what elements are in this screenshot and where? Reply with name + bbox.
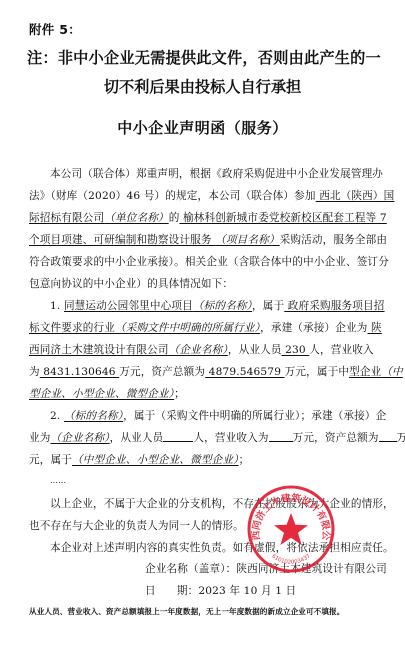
item1-line4: 为 8431.130646 万元，资产总额为 4879.546579 万元，属于… xyxy=(29,365,403,379)
item1-company-part1: 陕 xyxy=(368,322,382,334)
company-name: 陕西同济土木建筑设计有限公司 xyxy=(236,563,386,575)
item2-size-hint: （中型企业、小型企业、微型企业） xyxy=(72,454,239,466)
item2-revenue-blank xyxy=(269,431,293,442)
notice-line-1: 注：非中小企业无需提供此文件，否则由此产生的一 xyxy=(27,47,381,68)
item1-end: ； xyxy=(174,388,185,400)
item1-industry-cont: 标文件要求的行业 xyxy=(29,322,115,334)
item1-assets: 4879.546579 xyxy=(205,366,284,378)
item1-size-hint-a: （中 xyxy=(381,366,403,378)
item2-line1: 2. （标的名称），属于（采购文件中明确的所属行业）；承建（承接）企 xyxy=(50,409,386,423)
para2-line1: 以上企业，不属于大企业的分支机构，不存在控股股东为大企业的情形， xyxy=(50,497,394,511)
item1-line2: 标文件要求的行业（采购文件中明确的所属行业），承建（承接）企业为 陕 xyxy=(29,321,382,335)
item1-employees-label: ，从业人员 xyxy=(228,344,282,356)
para1-connector: 的 xyxy=(169,212,180,224)
item2-assets-blank xyxy=(379,431,397,442)
item2-line2: 业为（企业名称），从业人员人，营业收入为万元，资产总额为万 xyxy=(29,431,405,445)
item2-employees-blank xyxy=(163,431,193,442)
item2-number: 2. xyxy=(50,410,64,422)
item1-revenue-unit: 万元，资产总额为 xyxy=(119,366,205,378)
document-title: 中小企业声明函（服务） xyxy=(0,117,405,138)
item1-revenue-label: 为 xyxy=(29,366,40,378)
para1-line2-text: 法》（财库（2020）46 号）的规定，本公司（联合体）参加 xyxy=(29,190,316,202)
item1-number: 1. xyxy=(50,300,64,312)
item2-revenue-unit: 万元，资产总额为 xyxy=(293,432,379,444)
item1-assets-unit: 万元，属于中 xyxy=(285,366,349,378)
attachment-label: 附件 5： xyxy=(29,20,81,38)
item2-assets-unit: 万 xyxy=(397,432,405,444)
footnote: 从业人员、营业收入、资产总额填报上一年度数据，无上一年度数据的新成立企业可不填报… xyxy=(29,606,344,617)
para1-line5: 符合政策要求的中小企业承接）。相关企业（含联合体中的中小企业、签订分 xyxy=(29,255,389,269)
item1-size-type: 型企业 xyxy=(349,366,381,378)
agency-name-part1: 西北（陕西）国 xyxy=(316,190,395,202)
item1-size-hint-b: 型企业、小型企业、微型企业） xyxy=(29,388,174,400)
signature-date: 日 期：2023 年 10 月 1 日 xyxy=(145,584,296,598)
item2-end: ； xyxy=(239,454,250,466)
item2-size-label: 元，属于 xyxy=(29,454,72,466)
item1-company-part2: 西同济土木建筑设计有限公司 xyxy=(29,344,169,356)
item1-subject-name: 同慧运动公园邻里中心项目 xyxy=(64,300,193,312)
item1-belongs: ，属于 xyxy=(252,300,284,312)
para1-line4-suffix: 采购活动，服务全部由 xyxy=(280,234,387,246)
item2-line3: 元，属于（中型企业、小型企业、微型企业）； xyxy=(29,453,249,467)
item1-contractor-label: ，承建（承接）企业为 xyxy=(260,322,367,334)
item1-subject-hint: （标的名称） xyxy=(193,300,252,312)
para2-line2: 也不存在与大企业的负责人为同一人的情形。 xyxy=(29,519,244,533)
para1-line2: 法》（财库（2020）46 号）的规定，本公司（联合体）参加 西北（陕西）国 xyxy=(29,189,394,203)
ellipsis: …… xyxy=(50,474,66,488)
signature-company: 企业名称（盖章）：陕西同济土木建筑设计有限公司 xyxy=(145,562,387,576)
item2-line1-rest: ，属于（采购文件中明确的所属行业）；承建（承接）企 xyxy=(123,410,386,422)
item1-revenue: 8431.130646 xyxy=(40,366,119,378)
item1-line1: 1. 同慧运动公园邻里中心项目（标的名称），属于 政府采购服务项目招 xyxy=(50,299,385,313)
item1-employees: 230 xyxy=(282,344,310,356)
item1-industry-hint: （采购文件中明确的所属行业） xyxy=(115,322,260,334)
date-label: 日 期： xyxy=(145,585,198,597)
item1-line5: 型企业、小型企业、微型企业）； xyxy=(29,387,185,401)
item2-company-label: 业为 xyxy=(29,432,51,444)
para3: 本企业对上述声明内容的真实性负责。如有虚假，将依法承担相应责任。 xyxy=(50,541,394,555)
item2-subject-hint: （标的名称） xyxy=(64,410,123,422)
para1-line1: 本公司（联合体）郑重声明，根据《政府采购促进中小企业发展管理办 xyxy=(50,167,383,181)
notice-line-2: 切不利后果由投标人自行承担 xyxy=(0,76,405,97)
para1-line4: 个项目项建、可研编制和勘察设计服务 （项目名称）采购活动，服务全部由 xyxy=(29,233,387,247)
company-label: 企业名称（盖章）： xyxy=(145,563,236,575)
project-name-part1: 榆林科创新城市委党校新校区配套工程等 7 xyxy=(179,212,386,224)
item1-line3: 西同济土木建筑设计有限公司（企业名称），从业人员 230 人，营业收入 xyxy=(29,343,374,357)
item2-employees-unit: 人，营业收入为 xyxy=(193,432,268,444)
svg-text:陕西同济土木建筑设计有限公司: 陕西同济土木建筑设计有限公司 xyxy=(246,483,332,541)
unit-name-hint: （单位名称） xyxy=(104,212,168,224)
item1-company-hint: （企业名称） xyxy=(169,344,228,356)
item2-employees-label: ，从业人员 xyxy=(110,432,164,444)
project-name-part2: 个项目项建、可研编制和勘察设计服务 xyxy=(29,234,215,246)
para1-line6: 包意向协议的中小企业）的具体情况如下： xyxy=(29,277,233,291)
agency-name-part2: 际招标有限公司 xyxy=(29,212,104,224)
date-value: 2023 年 10 月 1 日 xyxy=(198,585,296,597)
item1-employees-unit: 人，营业收入 xyxy=(309,344,373,356)
project-name-hint: （项目名称） xyxy=(215,234,279,246)
item1-industry: 政府采购服务项目招 xyxy=(284,300,384,312)
para1-line3: 际招标有限公司（单位名称）的 榆林科创新城市委党校新校区配套工程等 7 xyxy=(29,211,387,225)
item2-company-hint: （企业名称） xyxy=(51,432,110,444)
